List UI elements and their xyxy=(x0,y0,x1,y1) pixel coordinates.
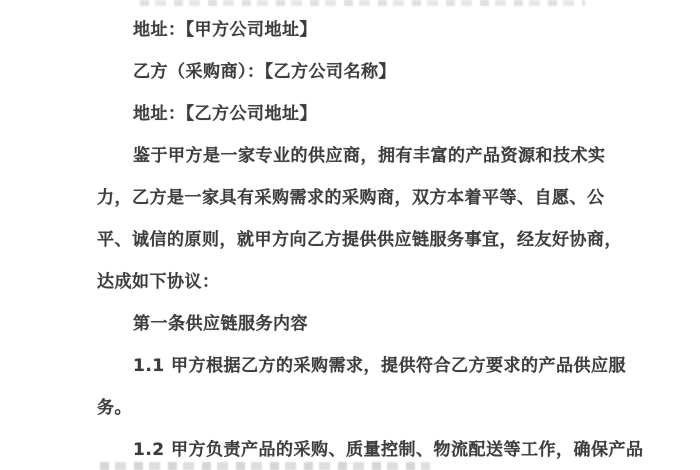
article-1-heading: 第一条供应链服务内容 xyxy=(97,303,627,345)
clause-1-1-line-2: 务。 xyxy=(97,387,627,429)
preamble-line-4: 达成如下协议： xyxy=(97,261,627,303)
preamble-line-1: 鉴于甲方是一家专业的供应商，拥有丰富的产品资源和技术实 xyxy=(97,135,627,177)
party-b-address-line: 地址：【乙方公司地址】 xyxy=(97,93,627,135)
contract-document-page: 地址：【甲方公司地址】 乙方（采购商）：【乙方公司名称】 地址：【乙方公司地址】… xyxy=(0,0,700,470)
clause-1-1-line-1: 1.1 甲方根据乙方的采购需求，提供符合乙方要求的产品供应服 xyxy=(97,345,627,387)
party-a-address-line: 地址：【甲方公司地址】 xyxy=(97,9,627,51)
preamble-line-3: 平、诚信的原则，就甲方向乙方提供供应链服务事宜，经友好协商， xyxy=(97,219,627,261)
cropped-line-bottom-fragment xyxy=(100,462,430,470)
party-b-name-line: 乙方（采购商）：【乙方公司名称】 xyxy=(97,51,627,93)
contract-body: 地址：【甲方公司地址】 乙方（采购商）：【乙方公司名称】 地址：【乙方公司地址】… xyxy=(97,9,627,470)
cropped-line-top-fragment xyxy=(140,0,585,6)
preamble-line-2: 力，乙方是一家具有采购需求的采购商，双方本着平等、自愿、公 xyxy=(97,177,627,219)
